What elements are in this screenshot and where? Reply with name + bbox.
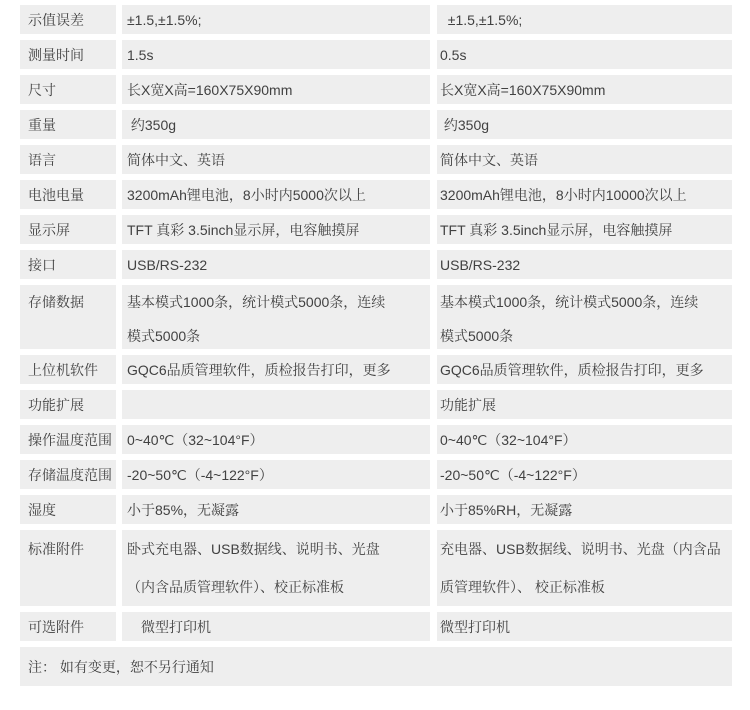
spec-row-indication-error: 示值误差 ±1.5,±1.5%; ±1.5,±1.5%; <box>20 5 732 34</box>
spec-value-col1: GQC6品质管理软件，质检报告打印，更多 <box>122 355 430 384</box>
spec-row-storage-data: 存储数据 基本模式1000条，统计模式5000条，连续 模式5000条 基本模式… <box>20 285 732 349</box>
spec-row-standard-accessories: 标准附件 卧式充电器、USB数据线、说明书、光盘 （内含品质管理软件）、校正标准… <box>20 530 732 606</box>
spec-value-col2: 0~40℃（32~104°F） <box>437 425 732 454</box>
spec-label: 显示屏 <box>20 215 116 244</box>
spec-value-col1: 小于85%，无凝露 <box>122 495 430 524</box>
spec-label: 上位机软件 <box>20 355 116 384</box>
spec-label: 湿度 <box>20 495 116 524</box>
spec-row-dimensions: 尺寸 长X宽X高=160X75X90mm 长X宽X高=160X75X90mm <box>20 75 732 104</box>
spec-value-col2: 小于85%RH，无凝露 <box>437 495 732 524</box>
spec-value-col1: 卧式充电器、USB数据线、说明书、光盘 （内含品质管理软件）、校正标准板 <box>122 530 430 606</box>
spec-row-interface: 接口 USB/RS-232 USB/RS-232 <box>20 250 732 279</box>
spec-value-col1: -20~50℃（-4~122°F） <box>122 460 430 489</box>
spec-value-col1: 简体中文、英语 <box>122 145 430 174</box>
spec-label: 接口 <box>20 250 116 279</box>
spec-row-language: 语言 简体中文、英语 简体中文、英语 <box>20 145 732 174</box>
spec-row-optional-accessories: 可选附件 微型打印机 微型打印机 <box>20 612 732 641</box>
spec-label: 存储数据 <box>20 285 116 349</box>
spec-label: 操作温度范围 <box>20 425 116 454</box>
spec-label: 尺寸 <box>20 75 116 104</box>
spec-value-col2: -20~50℃（-4~122°F） <box>437 460 732 489</box>
spec-value-col2: 充电器、USB数据线、说明书、光盘（内含品 质管理软件）、 校正标准板 <box>437 530 732 606</box>
spec-value-col1: 1.5s <box>122 40 430 69</box>
spec-value-col1 <box>122 390 430 419</box>
spec-value-col1: TFT 真彩 3.5inch显示屏，电容触摸屏 <box>122 215 430 244</box>
spec-value-col2: GQC6品质管理软件，质检报告打印，更多 <box>437 355 732 384</box>
spec-value-col1: USB/RS-232 <box>122 250 430 279</box>
spec-value-col2: 简体中文、英语 <box>437 145 732 174</box>
spec-label: 功能扩展 <box>20 390 116 419</box>
spec-label: 重量 <box>20 110 116 139</box>
spec-row-weight: 重量 约350g 约350g <box>20 110 732 139</box>
spec-value-col1: 基本模式1000条，统计模式5000条，连续 模式5000条 <box>122 285 430 349</box>
spec-row-function-extension: 功能扩展 功能扩展 <box>20 390 732 419</box>
spec-row-battery: 电池电量 3200mAh锂电池，8小时内5000次以上 3200mAh锂电池，8… <box>20 180 732 209</box>
spec-label: 电池电量 <box>20 180 116 209</box>
spec-value-col2: 功能扩展 <box>437 390 732 419</box>
spec-value-col2: 微型打印机 <box>437 612 732 641</box>
footnote: 注： 如有变更，恕不另行通知 <box>20 647 732 686</box>
spec-value-col1: 约350g <box>122 110 430 139</box>
spec-value-col1: 0~40℃（32~104°F） <box>122 425 430 454</box>
spec-value-col1: ±1.5,±1.5%; <box>122 5 430 34</box>
spec-comparison-table: 示值误差 ±1.5,±1.5%; ±1.5,±1.5%; 测量时间 1.5s 0… <box>20 5 732 686</box>
spec-value-col1: 长X宽X高=160X75X90mm <box>122 75 430 104</box>
spec-value-col2: 基本模式1000条，统计模式5000条，连续 模式5000条 <box>437 285 732 349</box>
spec-label: 标准附件 <box>20 530 116 606</box>
spec-value-col2: 长X宽X高=160X75X90mm <box>437 75 732 104</box>
spec-row-pc-software: 上位机软件 GQC6品质管理软件，质检报告打印，更多 GQC6品质管理软件，质检… <box>20 355 732 384</box>
spec-row-display: 显示屏 TFT 真彩 3.5inch显示屏，电容触摸屏 TFT 真彩 3.5in… <box>20 215 732 244</box>
spec-row-operating-temp: 操作温度范围 0~40℃（32~104°F） 0~40℃（32~104°F） <box>20 425 732 454</box>
spec-value-col1: 微型打印机 <box>122 612 430 641</box>
spec-value-col2: 约350g <box>437 110 732 139</box>
spec-value-col2: 0.5s <box>437 40 732 69</box>
spec-value-col2: 3200mAh锂电池，8小时内10000次以上 <box>437 180 732 209</box>
spec-label: 存储温度范围 <box>20 460 116 489</box>
spec-label: 示值误差 <box>20 5 116 34</box>
spec-value-col1: 3200mAh锂电池，8小时内5000次以上 <box>122 180 430 209</box>
spec-value-col2: USB/RS-232 <box>437 250 732 279</box>
spec-label: 可选附件 <box>20 612 116 641</box>
spec-row-humidity: 湿度 小于85%，无凝露 小于85%RH，无凝露 <box>20 495 732 524</box>
spec-label: 语言 <box>20 145 116 174</box>
spec-label: 测量时间 <box>20 40 116 69</box>
spec-row-storage-temp: 存储温度范围 -20~50℃（-4~122°F） -20~50℃（-4~122°… <box>20 460 732 489</box>
spec-row-measure-time: 测量时间 1.5s 0.5s <box>20 40 732 69</box>
spec-value-col2: TFT 真彩 3.5inch显示屏，电容触摸屏 <box>437 215 732 244</box>
spec-value-col2: ±1.5,±1.5%; <box>437 5 732 34</box>
